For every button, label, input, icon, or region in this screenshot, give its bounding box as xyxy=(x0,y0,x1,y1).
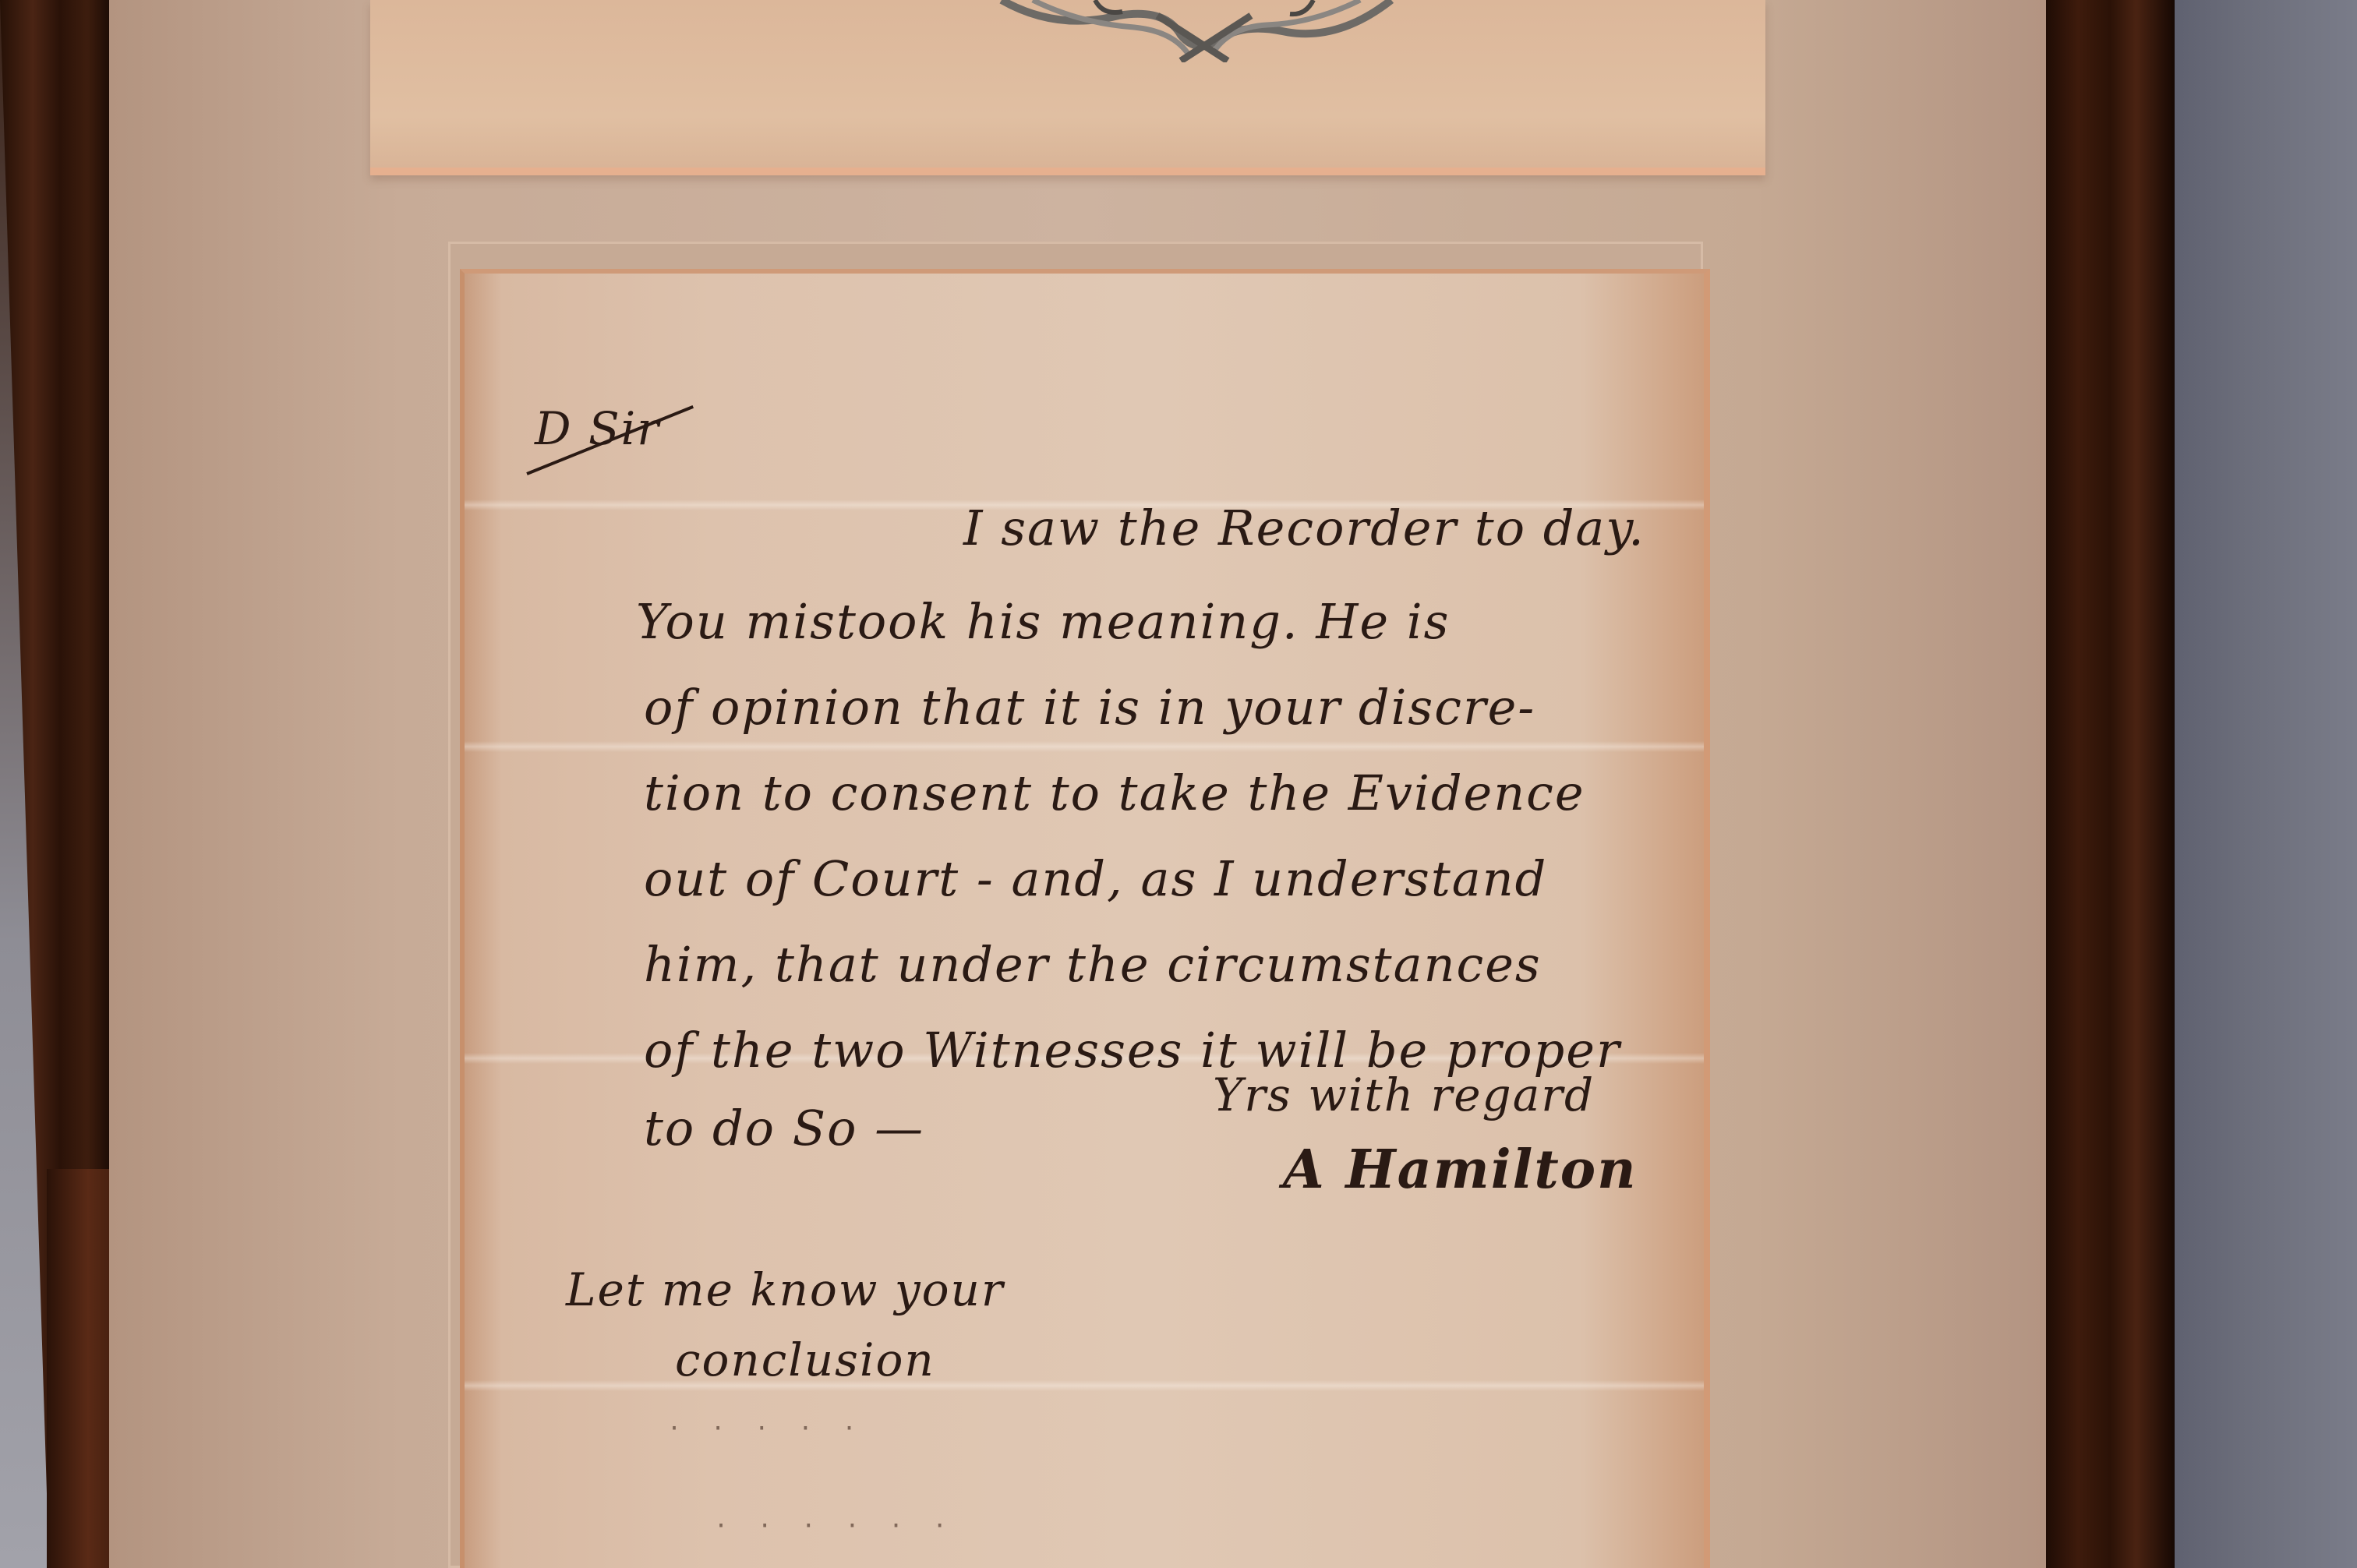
paper-fold xyxy=(465,1380,1704,1391)
faint-ink-marks: · · · · · xyxy=(667,1415,864,1443)
letter-line: tion to consent to take the Evidence xyxy=(644,765,1585,821)
faint-ink-marks: · · · · · · xyxy=(714,1513,955,1540)
letter-line: I saw the Recorder to day. xyxy=(963,500,1645,556)
letter-line: You mistook his meaning. He is xyxy=(636,593,1450,650)
handwritten-letter: D Sir I saw the Recorder to day. You mis… xyxy=(460,269,1710,1568)
wall-background-right xyxy=(2175,0,2357,1568)
letter-closing: Yrs with regard xyxy=(1213,1068,1595,1121)
letter-line: to do So — xyxy=(644,1100,924,1157)
paper-fold xyxy=(465,741,1704,752)
letter-line: of opinion that it is in your discre- xyxy=(644,679,1535,736)
postscript-line: conclusion xyxy=(675,1333,935,1386)
letter-line: him, that under the circumstances xyxy=(644,936,1542,993)
letter-line: out of Court - and, as I understand xyxy=(644,850,1547,907)
letter-signature: A Hamilton xyxy=(1283,1139,1638,1201)
engraving-vignette-icon xyxy=(986,0,1422,62)
engraving-panel: decorative engraved vignette (crossed to… xyxy=(370,0,1765,175)
frame-right-rail xyxy=(2046,0,2175,1568)
postscript-line: Let me know your xyxy=(566,1263,1005,1316)
